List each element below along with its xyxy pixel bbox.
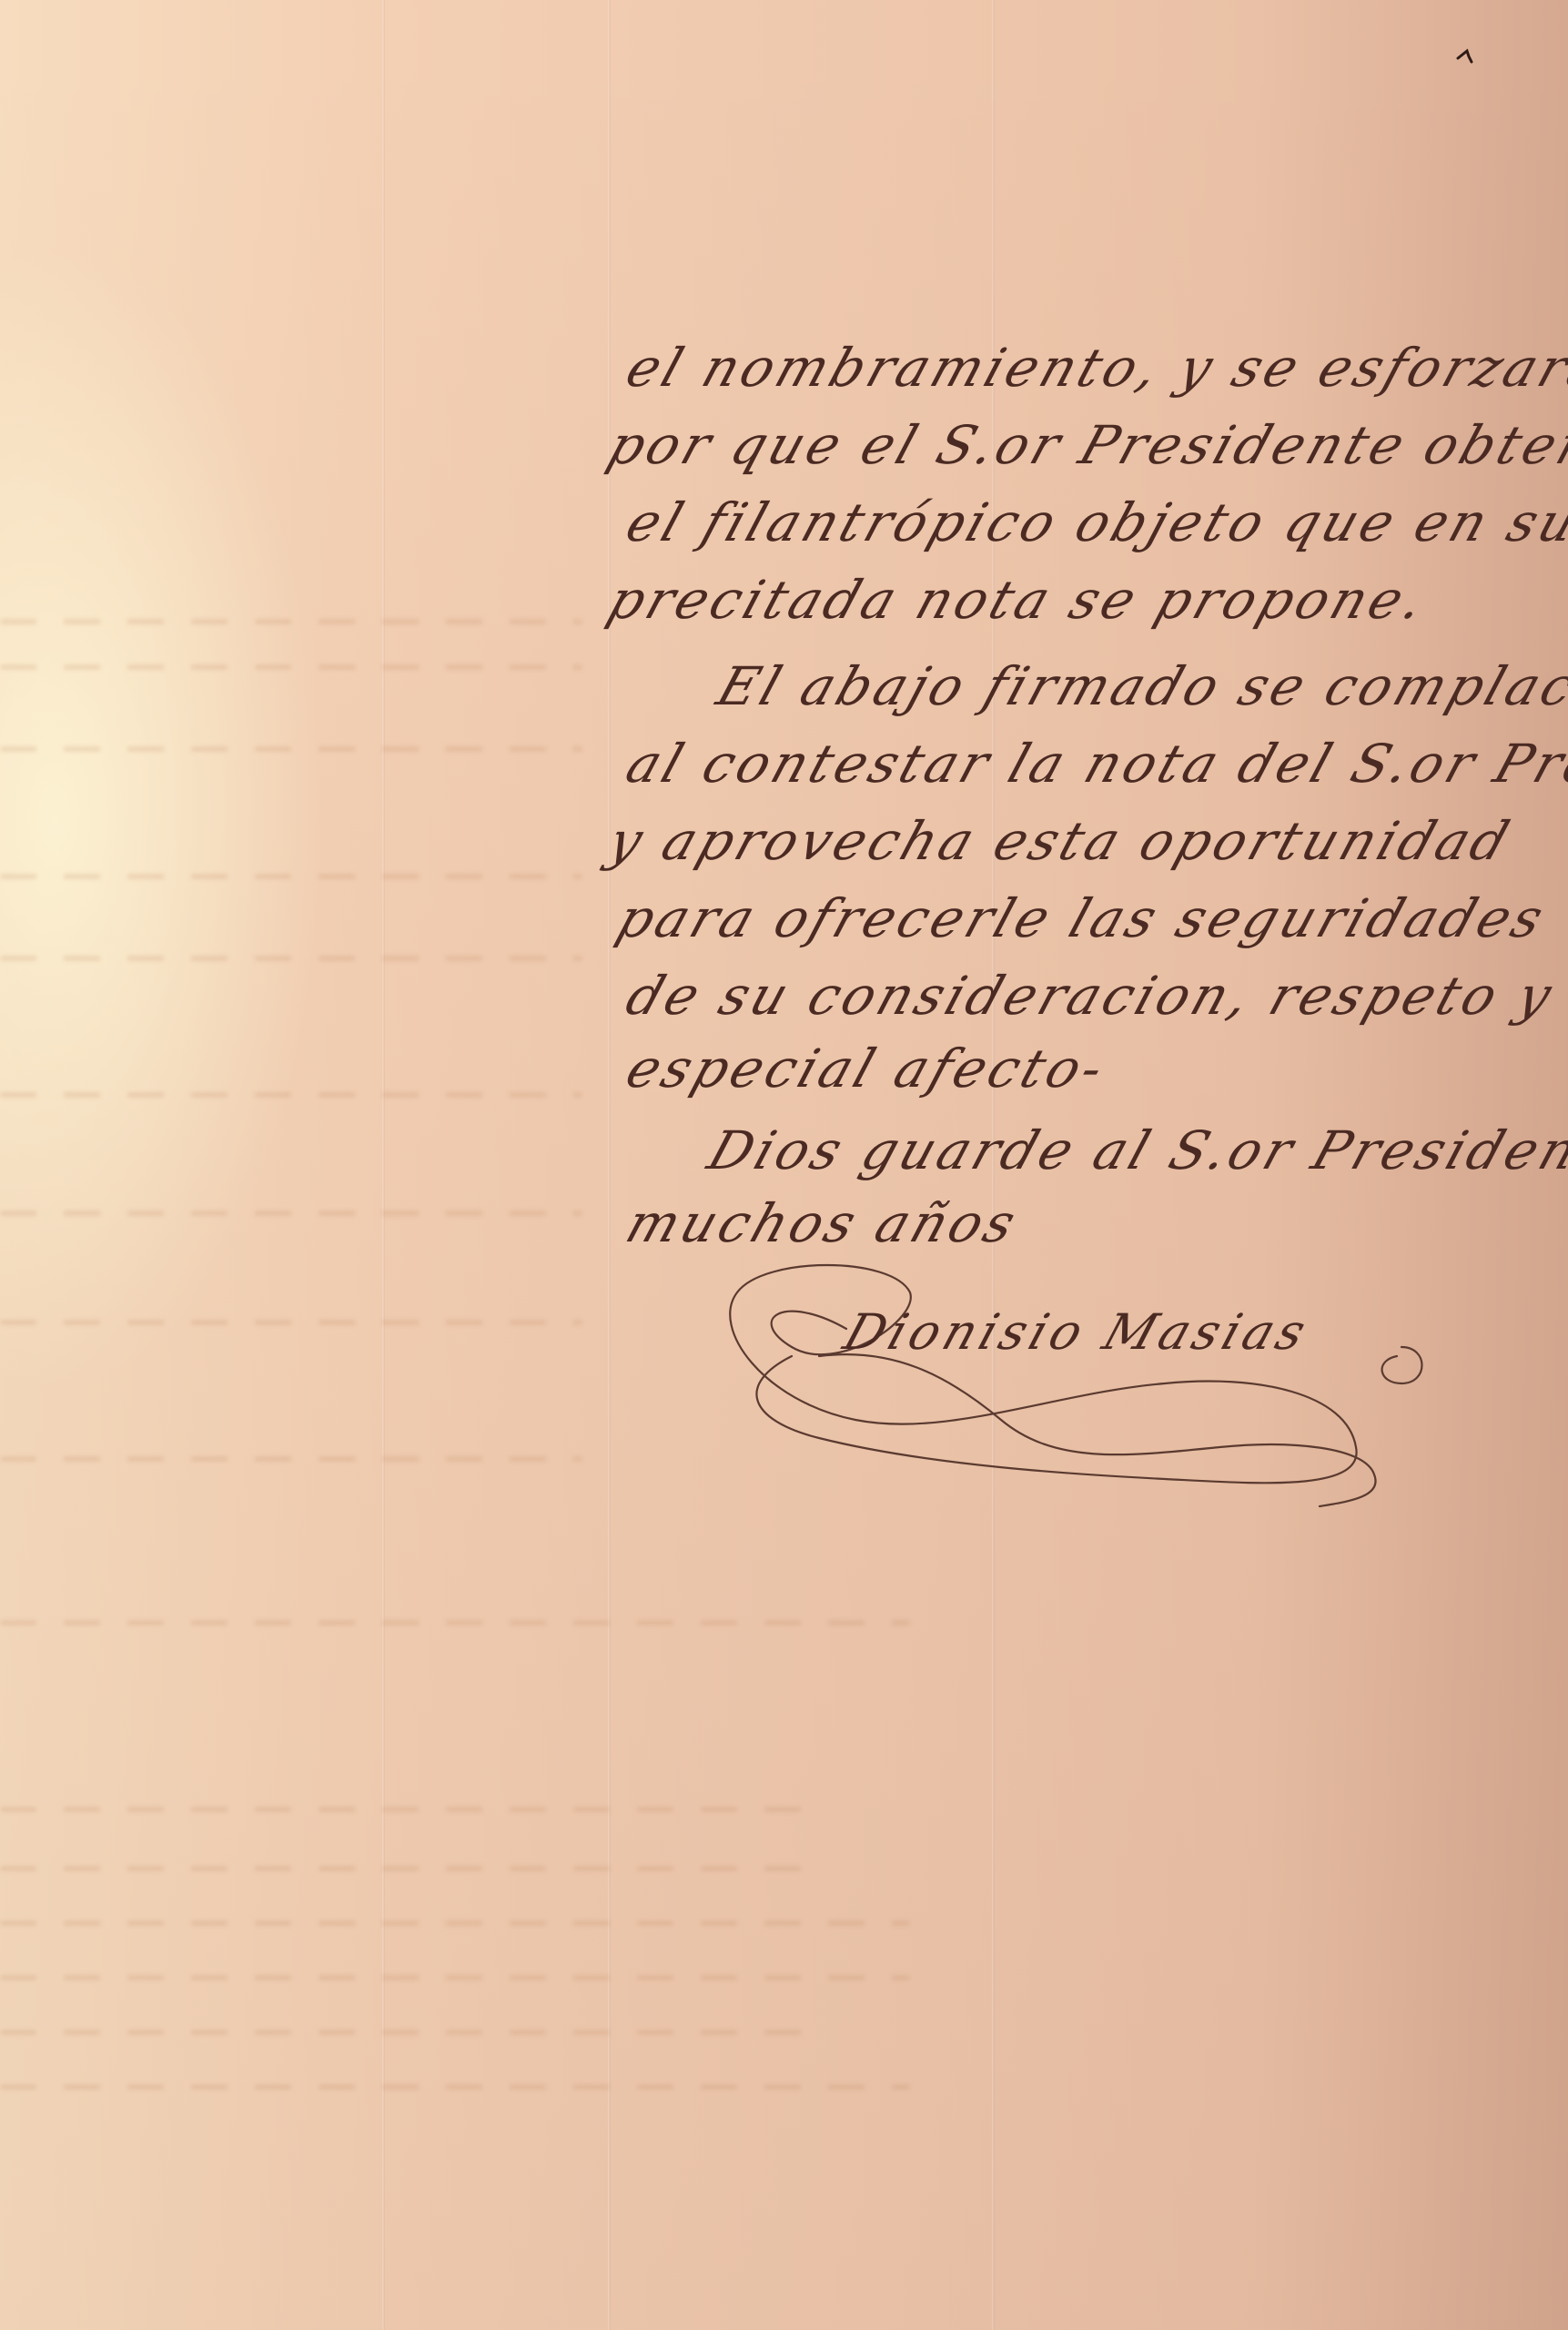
bleed-through <box>0 2030 819 2035</box>
fold-line <box>382 0 385 2330</box>
letter-line: precitada nota se propone. <box>601 569 1435 631</box>
letter-line: de su consideracion, respeto y <box>619 965 1563 1027</box>
bleed-through <box>0 956 582 961</box>
letter-line: el nombramiento, y se esforzará <box>619 337 1568 399</box>
bleed-through <box>0 2084 910 2090</box>
letter-line: al contestar la nota del S.or Presid.te <box>619 733 1568 795</box>
letter-line: para ofrecerle las seguridades <box>610 887 1554 949</box>
letter-line: especial afecto- <box>619 1038 1115 1099</box>
bleed-through <box>0 1456 582 1462</box>
letter-line: el filantrópico objeto que en su <box>619 491 1568 553</box>
signature-name: Dionisio Masias <box>837 1303 1318 1361</box>
bleed-through <box>0 1975 910 1980</box>
bleed-through <box>0 664 582 670</box>
bleed-through <box>0 1211 582 1216</box>
letter-line-text: por que el S.or Presidente obtenga <box>601 414 1568 476</box>
bleed-through <box>0 1092 582 1098</box>
bleed-through <box>0 1807 819 1812</box>
signature: Dionisio Masias <box>710 1238 1474 1511</box>
bleed-through <box>0 1620 910 1626</box>
bleed-through <box>0 746 582 752</box>
signature-flourish-icon <box>710 1238 1474 1511</box>
ink-mark-icon <box>1456 47 1478 66</box>
fold-line <box>608 0 611 2330</box>
letter-line: por que el S.or Presidente obtenga <box>601 414 1568 476</box>
letter-line: Dios guarde al S.or Presidente <box>701 1119 1568 1181</box>
bleed-through <box>0 1920 910 1926</box>
bleed-through <box>0 1320 582 1325</box>
letter-line: El abajo firmado se complace <box>710 655 1568 717</box>
bleed-through <box>0 1866 819 1871</box>
bleed-through <box>0 619 582 624</box>
bleed-through <box>0 874 582 879</box>
letter-line: y aprovecha esta oportunidad <box>601 810 1520 872</box>
